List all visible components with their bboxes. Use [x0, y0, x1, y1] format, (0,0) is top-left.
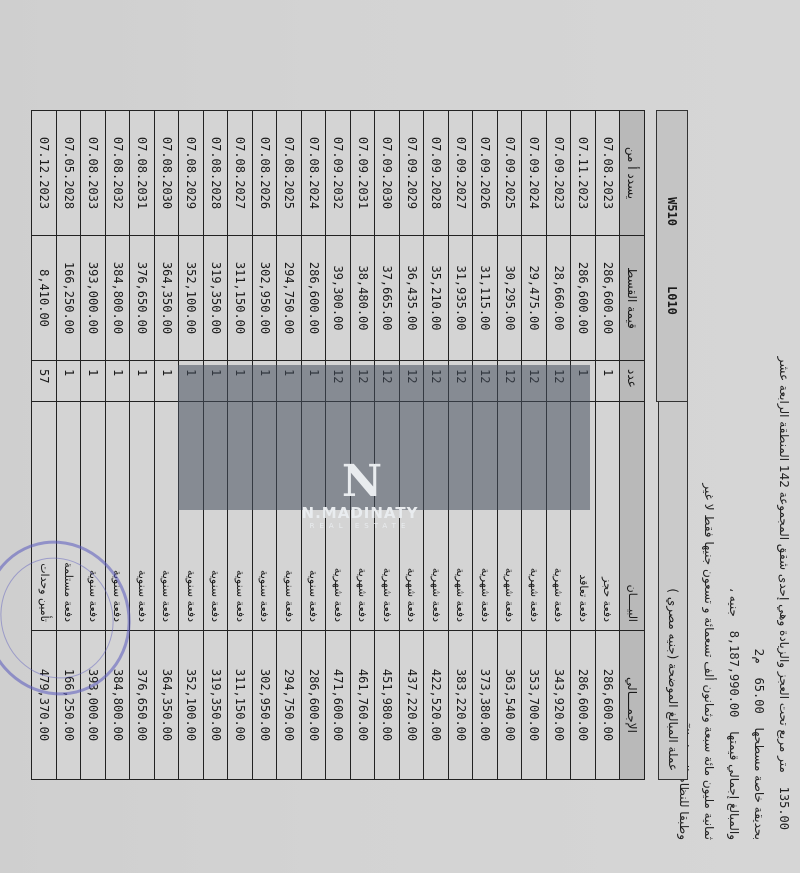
row-installment: 311,150.00	[228, 236, 253, 361]
currency-note: عملة المبالغ الموضحة (جنيه مصري )	[658, 400, 688, 780]
document-page: 135.00 متر مربع تحت العجز والزيادة وهي إ…	[0, 0, 800, 873]
row-description: دفعة حجز	[596, 402, 621, 631]
row-date: 07.08.2031	[130, 111, 155, 236]
row-count: 57	[32, 361, 57, 402]
watermark-brand: N.MADINATY	[302, 504, 419, 522]
row-date: 07.12.2023	[32, 111, 57, 236]
row-date: 07.08.2023	[596, 111, 621, 236]
row-date: 07.08.2028	[204, 111, 229, 236]
row-total: 373,380.00	[473, 631, 498, 780]
row-installment: 286,600.00	[571, 236, 596, 361]
row-total: 364,350.00	[155, 631, 180, 780]
row-installment: 37,665.00	[375, 236, 400, 361]
table-row: 07.08.2030364,350.001دفعة سنوية364,350.0…	[155, 111, 180, 780]
row-installment: 39,300.00	[326, 236, 351, 361]
row-date: 07.09.2023	[547, 111, 572, 236]
intro-line-1: 135.00 متر مربع تحت العجز والزيادة وهي إ…	[771, 120, 796, 840]
row-description: دفعة سنوية	[155, 402, 180, 631]
row-total: 437,220.00	[400, 631, 425, 780]
row-count: 1	[155, 361, 180, 402]
row-installment: 376,650.00	[130, 236, 155, 361]
row-total: 294,750.00	[277, 631, 302, 780]
row-total: 353,700.00	[522, 631, 547, 780]
row-installment: 36,435.00	[400, 236, 425, 361]
row-date: 07.09.2029	[400, 111, 425, 236]
row-date: 07.11.2023	[571, 111, 596, 236]
intro-line-4: ثمانية مليون مائة سبعة وثمانون ألف تسعما…	[696, 120, 721, 840]
row-total: 352,100.00	[179, 631, 204, 780]
intro-line-2: بحديقة خاصة مسطحها 65.00 م2	[746, 120, 771, 840]
row-total: 286,600.00	[302, 631, 327, 780]
row-installment: 286,600.00	[302, 236, 327, 361]
row-total: 376,650.00	[130, 631, 155, 780]
row-installment: 302,950.00	[253, 236, 278, 361]
header-count: عدد	[620, 361, 645, 402]
row-installment: 8,410.00	[32, 236, 57, 361]
row-total: 286,600.00	[596, 631, 621, 780]
code-l010: L010	[665, 286, 679, 315]
row-count: 1	[57, 361, 82, 402]
row-date: 07.09.2031	[351, 111, 376, 236]
row-installment: 38,480.00	[351, 236, 376, 361]
row-total: 302,950.00	[253, 631, 278, 780]
row-total: 319,350.00	[204, 631, 229, 780]
row-date: 07.05.2028	[57, 111, 82, 236]
row-date: 07.08.2030	[155, 111, 180, 236]
header-description: البيــــان	[620, 402, 645, 631]
row-total: 422,520.00	[424, 631, 449, 780]
row-installment: 28,660.00	[547, 236, 572, 361]
row-total: 451,980.00	[375, 631, 400, 780]
row-installment: 166,250.00	[57, 236, 82, 361]
row-installment: 294,750.00	[277, 236, 302, 361]
row-date: 07.09.2032	[326, 111, 351, 236]
row-count: 1	[106, 361, 131, 402]
header-installment: قيمة القسط	[620, 236, 645, 361]
row-count: 1	[130, 361, 155, 402]
code-w510: W510	[665, 197, 679, 226]
header-total: الإجمــــالي	[620, 631, 645, 780]
row-total: 461,760.00	[351, 631, 376, 780]
row-date: 07.08.2026	[253, 111, 278, 236]
watermark-logo: N N.MADINATY REAL ESTATE	[270, 450, 450, 540]
row-installment: 352,100.00	[179, 236, 204, 361]
table-row: 07.08.2031376,650.001دفعة سنوية376,650.0…	[130, 111, 155, 780]
table-header-row: يسدد أ من قيمة القسط عدد البيــــان الإج…	[620, 111, 645, 780]
row-installment: 286,600.00	[596, 236, 621, 361]
row-installment: 384,800.00	[106, 236, 131, 361]
row-installment: 364,350.00	[155, 236, 180, 361]
row-date: 07.09.2030	[375, 111, 400, 236]
row-description: دفعة سنوية	[130, 402, 155, 631]
row-total: 286,600.00	[571, 631, 596, 780]
row-installment: 393,000.00	[81, 236, 106, 361]
row-total: 471,600.00	[326, 631, 351, 780]
watermark-tagline: REAL ESTATE	[310, 522, 411, 530]
row-date: 07.09.2027	[449, 111, 474, 236]
row-date: 07.09.2024	[522, 111, 547, 236]
row-date: 07.09.2025	[498, 111, 523, 236]
unit-code-bar: W510 L010	[656, 110, 688, 402]
intro-line-3: والمبالغ إجمالي قيمتها 8,187,990.00 جنيه…	[721, 120, 746, 840]
row-installment: 319,350.00	[204, 236, 229, 361]
row-total: 311,150.00	[228, 631, 253, 780]
row-installment: 35,210.00	[424, 236, 449, 361]
row-count: 1	[81, 361, 106, 402]
row-total: 363,540.00	[498, 631, 523, 780]
row-date: 07.08.2033	[81, 111, 106, 236]
row-installment: 31,935.00	[449, 236, 474, 361]
table-row: 07.08.2023286,600.001دفعة حجز286,600.00	[596, 111, 621, 780]
header-date: يسدد أ من	[620, 111, 645, 236]
row-date: 07.09.2028	[424, 111, 449, 236]
row-date: 07.08.2032	[106, 111, 131, 236]
row-date: 07.08.2025	[277, 111, 302, 236]
table-row: 07.08.2032384,800.001دفعة سنوية384,800.0…	[106, 111, 131, 780]
row-total: 343,920.00	[547, 631, 572, 780]
row-installment: 30,295.00	[498, 236, 523, 361]
row-total: 383,220.00	[449, 631, 474, 780]
row-installment: 31,115.00	[473, 236, 498, 361]
row-date: 07.08.2029	[179, 111, 204, 236]
contract-intro: 135.00 متر مربع تحت العجز والزيادة وهي إ…	[671, 120, 796, 840]
row-installment: 29,475.00	[522, 236, 547, 361]
building-n-logo-icon: N	[342, 460, 378, 504]
row-date: 07.08.2027	[228, 111, 253, 236]
row-date: 07.09.2026	[473, 111, 498, 236]
row-count: 1	[596, 361, 621, 402]
row-date: 07.08.2024	[302, 111, 327, 236]
